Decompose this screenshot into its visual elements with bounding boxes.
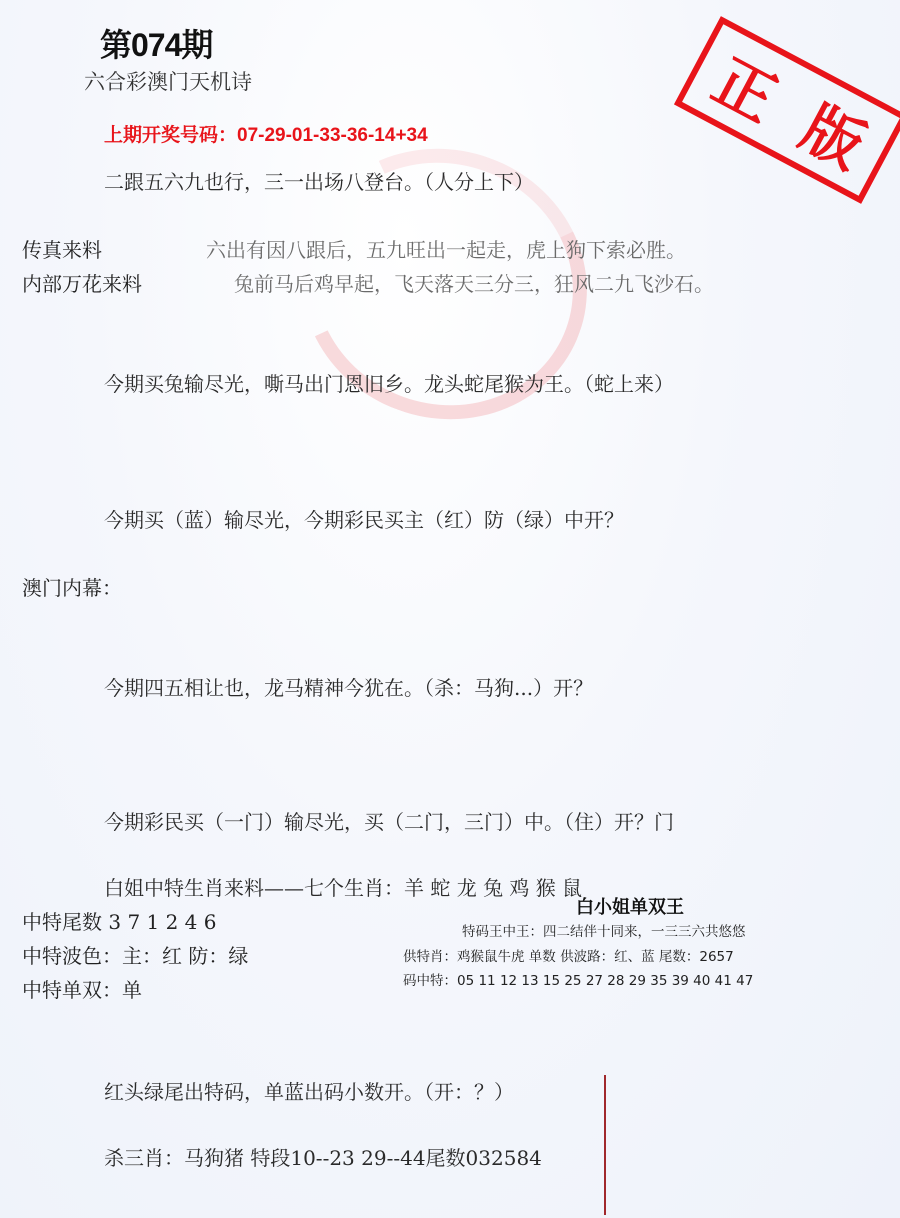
issue-number: 第074期: [100, 20, 212, 66]
rabbit-line: 今期买兔输尽光，嘶马出门恩旧乡。龙头蛇尾猴为王。（蛇上来）: [104, 368, 674, 397]
box-line-1: 特码王中王：四二结伴十同来，一三三六共悠悠: [462, 920, 746, 940]
tail-numbers: 中特尾数 3 7 1 2 4 6: [22, 906, 217, 935]
doors-line: 今期彩民买（一门）输尽光，买（二门，三门）中。（住）开？门: [104, 806, 674, 835]
box-title: 白小姐单双王: [576, 893, 684, 919]
odd-even: 中特单双：单: [22, 974, 142, 1003]
macau-inside-label: 澳门内幕：: [22, 572, 122, 601]
stamp-char-2: 版: [788, 81, 881, 185]
box-line-3: 码中特：05 11 12 13 15 25 27 28 29 35 39 40 …: [403, 969, 753, 989]
kill-line: 杀三肖：马狗猪 特段10--23 29--44尾数032584: [104, 1142, 542, 1171]
poem-line-1: 二跟五六九也行，三一出场八登台。（人分上下）: [104, 166, 534, 195]
stamp-char-1: 正: [700, 34, 793, 138]
vertical-divider: [604, 1075, 606, 1215]
fax-text: 六出有因八跟后，五九旺出一起走，虎上狗下索必胜。: [206, 234, 686, 263]
box-line-2: 供特肖：鸡猴鼠牛虎 单数 供波路：红、蓝 尾数：2657: [403, 945, 734, 965]
authentic-stamp: 正 版: [674, 16, 900, 204]
zodiac-line: 白姐中特生肖来料——七个生肖：羊 蛇 龙 兔 鸡 猴 鼠: [104, 872, 582, 901]
four-five-line: 今期四五相让也，龙马精神今犹在。（杀：马狗...）开？: [104, 672, 593, 701]
color-line: 今期买（蓝）输尽光，今期彩民买主（红）防（绿）中开？: [104, 504, 624, 533]
inside-label: 内部万花来料: [22, 268, 142, 297]
red-head-line: 红头绿尾出特码，单蓝出码小数开。（开：？）: [104, 1076, 514, 1105]
previous-draw-numbers: 上期开奖号码：07-29-01-33-36-14+34: [104, 120, 428, 147]
inside-text: 兔前马后鸡早起，飞天落天三分三，狂风二九飞沙石。: [234, 268, 714, 297]
wave-color: 中特波色：主：红 防：绿: [22, 940, 248, 969]
document-subtitle: 六合彩澳门天机诗: [84, 66, 252, 96]
fax-label: 传真来料: [22, 234, 102, 263]
